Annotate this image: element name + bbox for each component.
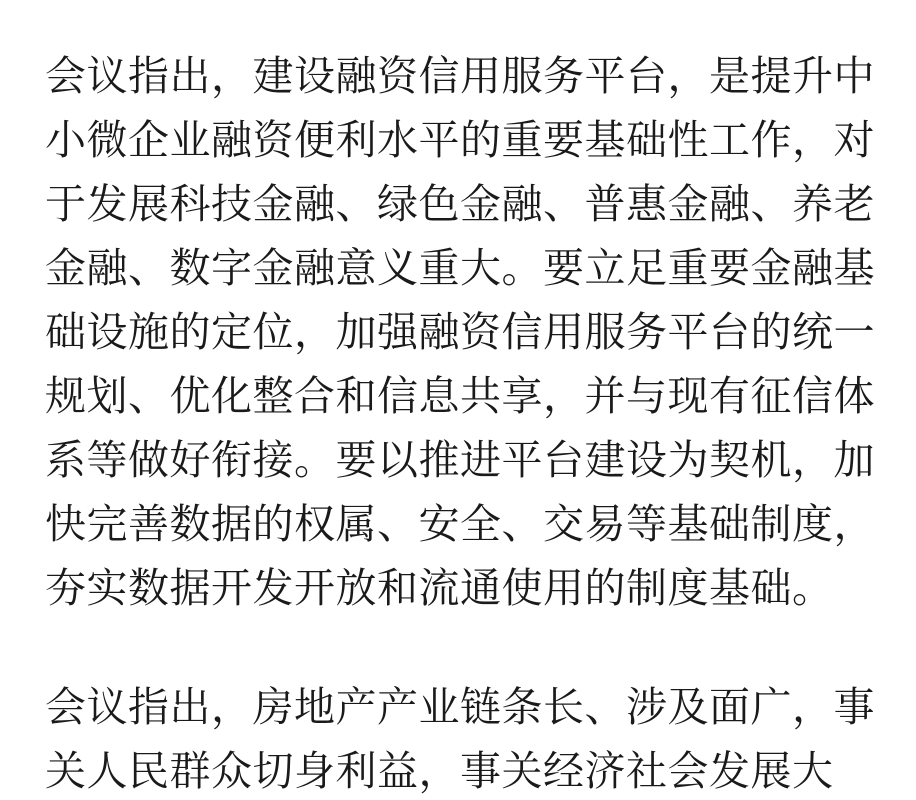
- text-line: 于发展科技金融、绿色金融、普惠金融、养老: [45, 172, 878, 236]
- article-text: 会议指出，建设融资信用服务平台，是提升中 小微企业融资便利水平的重要基础性工作，…: [0, 0, 916, 800]
- paragraph-financing-platform: 会议指出，建设融资信用服务平台，是提升中 小微企业融资便利水平的重要基础性工作，…: [45, 44, 878, 620]
- text-line: 关人民群众切身利益，事关经济社会发展大: [45, 739, 878, 800]
- text-line: 规划、优化整合和信息共享，并与现有征信体: [45, 364, 878, 428]
- paragraph-real-estate: 会议指出，房地产产业链条长、涉及面广，事 关人民群众切身利益，事关经济社会发展大: [45, 675, 878, 800]
- text-line: 会议指出，建设融资信用服务平台，是提升中: [45, 44, 878, 108]
- text-line: 会议指出，房地产产业链条长、涉及面广，事: [45, 675, 878, 739]
- text-line: 金融、数字金融意义重大。要立足重要金融基: [45, 236, 878, 300]
- document-page: 会议指出，建设融资信用服务平台，是提升中 小微企业融资便利水平的重要基础性工作，…: [0, 0, 916, 800]
- text-line: 系等做好衔接。要以推进平台建设为契机，加: [45, 428, 878, 492]
- text-line: 快完善数据的权属、安全、交易等基础制度，: [45, 492, 878, 556]
- text-line: 小微企业融资便利水平的重要基础性工作，对: [45, 108, 878, 172]
- text-line: 夯实数据开发开放和流通使用的制度基础。: [45, 556, 878, 620]
- text-line: 础设施的定位，加强融资信用服务平台的统一: [45, 300, 878, 364]
